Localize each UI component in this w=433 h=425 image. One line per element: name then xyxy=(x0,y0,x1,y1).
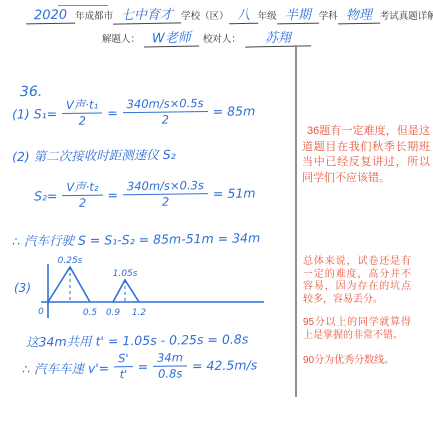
step1-result: = 85m xyxy=(213,104,256,120)
solver-line: 解题人： W老师 校对人： 苏翔 xyxy=(102,31,311,47)
time-calculation-line: 这34m共用 t' = 1.05s - 0.25s = 0.8s xyxy=(26,329,249,350)
step2-title: (2) 第二次接收时距测速仪 S₂ xyxy=(12,145,176,165)
exam-subject-label: 学科 xyxy=(319,8,338,22)
exam-city-label: 年成都市 xyxy=(75,8,113,22)
exam-year-fill: 2020 xyxy=(26,9,75,25)
pulse-2-triangle xyxy=(113,280,139,302)
step2-fraction-numeric: 340m/s×0.3s 2 xyxy=(123,179,208,210)
speed-result: = 42.5m/s xyxy=(192,358,257,374)
pulse-1-triangle xyxy=(48,267,90,302)
axis-tick-0p9: 0.9 xyxy=(106,308,121,318)
step2-result: = 51m xyxy=(213,186,256,202)
speed-equals: = xyxy=(138,359,149,374)
step2-fraction-symbolic: V声·t₂ 2 xyxy=(62,181,103,211)
exam-grade-fill: 八 xyxy=(229,9,258,25)
step1-equals: = xyxy=(107,105,118,120)
step2-equation: S₂= V声·t₂ 2 = 340m/s×0.3s 2 = 51m xyxy=(34,178,256,211)
step2-equals: = xyxy=(107,188,118,203)
step1-fraction-symbolic: V声·t₁ 2 xyxy=(62,98,103,128)
distance-line: ∴ 汽车行驶 S = S₁-S₂ = 85m-51m = 34m xyxy=(12,228,260,249)
exam-term-fill: 半期 xyxy=(277,9,319,25)
exam-title-line: 2020 年成都市 七中育才 学校（区） 八 年级 半期 学科 物理 考试真题详… xyxy=(26,8,431,24)
exam-subject-fill: 物理 xyxy=(338,9,380,25)
solver-label: 解题人： xyxy=(102,31,140,45)
problem-number: 36. xyxy=(20,84,42,100)
step1-fraction-numeric: 340m/s×0.5s 2 xyxy=(123,97,208,128)
axis-tick-1p2: 1.2 xyxy=(132,308,147,318)
page-top-cutoff-underline xyxy=(58,1,108,6)
exam-school-fill: 七中育才 xyxy=(113,8,181,24)
axis-origin-label: 0 xyxy=(38,307,44,317)
step1-lead: (1) S₁= xyxy=(12,106,57,122)
proofreader-label: 校对人： xyxy=(203,31,241,45)
pulse-2-peak-time-label: 1.05s xyxy=(113,269,138,279)
margin-note-90-score: 90分为优秀分数线。 xyxy=(303,355,415,368)
speed-fraction-numeric: 34m 0.8s xyxy=(153,351,187,381)
margin-divider xyxy=(295,45,297,397)
speed-lead: ∴ 汽车车速 v'= xyxy=(22,358,109,377)
proofreader-name-fill: 苏翔 xyxy=(245,31,311,47)
margin-note-difficulty: 36题有一定难度，但是这道题目在我们秋季长期班当中已经反复讲过，所以同学们不应该… xyxy=(302,124,430,186)
speed-fraction-symbolic: S' t' xyxy=(114,352,133,382)
margin-note-95-score: 95分以上的同学就算得上是掌握的非常不错。 xyxy=(303,317,411,342)
exam-school-label: 学校（区） xyxy=(181,8,229,22)
diagram-step-label: (3) xyxy=(14,281,31,295)
speed-equation: ∴ 汽车车速 v'= S' t' = 34m 0.8s = 42.5m/s xyxy=(22,350,258,383)
solver-name-fill: W老师 xyxy=(144,32,199,48)
pulse-timing-diagram: (3) 0.25s 1.05s 0 0.5 0.9 1.2 xyxy=(8,254,278,328)
step1-equation: (1) S₁= V声·t₁ 2 = 340m/s×0.5s 2 = 85m xyxy=(12,96,256,129)
margin-note-overall: 总体来说，试卷还是有一定的难度，高分并不容易，因为存在的坑点较多，容易丢分。 xyxy=(303,256,411,306)
exam-grade-label: 年级 xyxy=(258,8,277,22)
solution-sheet-page: 2020 年成都市 七中育才 学校（区） 八 年级 半期 学科 物理 考试真题详… xyxy=(0,0,433,425)
pulse-1-peak-time-label: 0.25s xyxy=(58,256,83,266)
exam-title-suffix: 考试真题详解 xyxy=(380,8,433,22)
axis-tick-0p5: 0.5 xyxy=(83,308,98,318)
step2-lead: S₂= xyxy=(34,188,58,203)
